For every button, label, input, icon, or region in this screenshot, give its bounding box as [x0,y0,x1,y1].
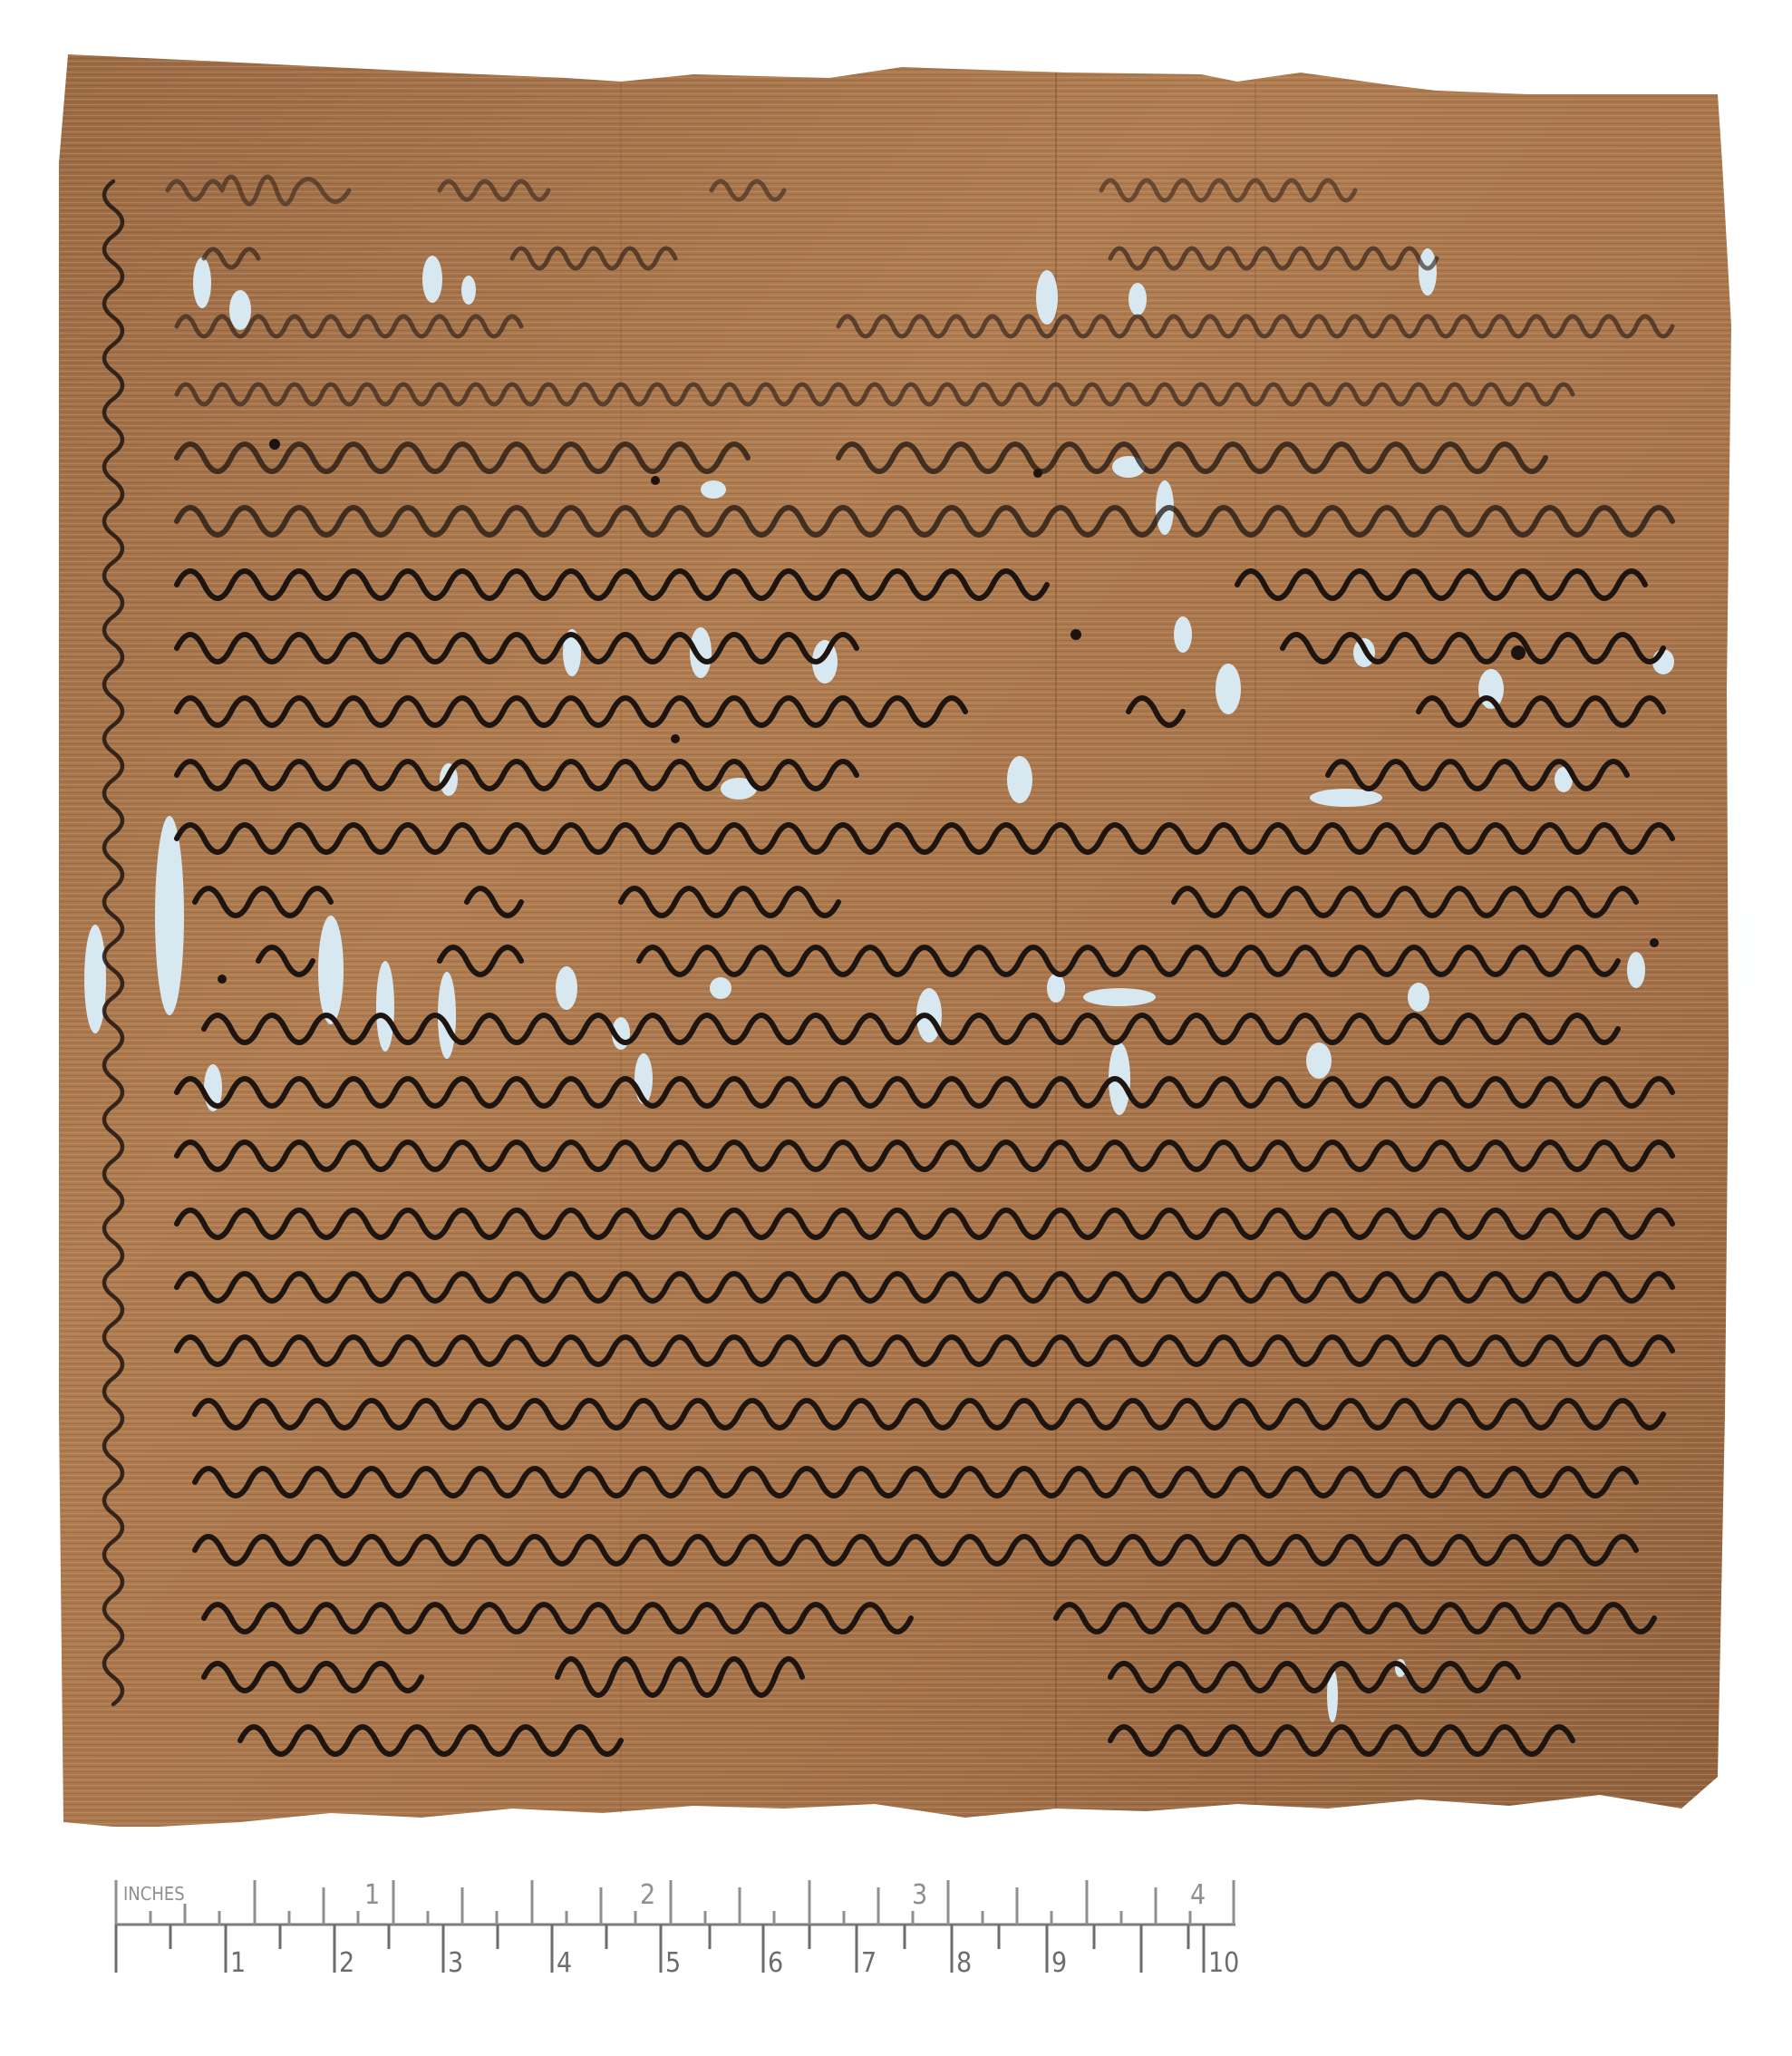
inches-label: INCHES [123,1883,185,1905]
papyrus-image [59,54,1763,1849]
cm-label-8: 8 [956,1947,972,1979]
cm-label-3: 3 [448,1947,463,1979]
ruler: INCHES 1 2 3 4 [0,1867,1792,2056]
cm-label-2: 2 [339,1947,354,1979]
inch-label-2: 2 [640,1879,655,1911]
cm-label-6: 6 [768,1947,783,1979]
cm-label-5: 5 [665,1947,681,1979]
measurement-scale: INCHES 1 2 3 4 [0,1867,1792,2056]
cm-label-4: 4 [557,1947,572,1979]
cm-label-1: 1 [230,1947,246,1979]
inch-ticks [116,1880,1234,1925]
inch-label-3: 3 [912,1879,927,1911]
inch-label-4: 4 [1190,1879,1206,1911]
inch-label-1: 1 [364,1879,380,1911]
papyrus-fragment [59,54,1763,1849]
cm-label-9: 9 [1051,1947,1067,1979]
cm-label-7: 7 [861,1947,877,1979]
cm-ticks [116,1925,1204,1973]
cm-label-10: 10 [1208,1947,1239,1979]
